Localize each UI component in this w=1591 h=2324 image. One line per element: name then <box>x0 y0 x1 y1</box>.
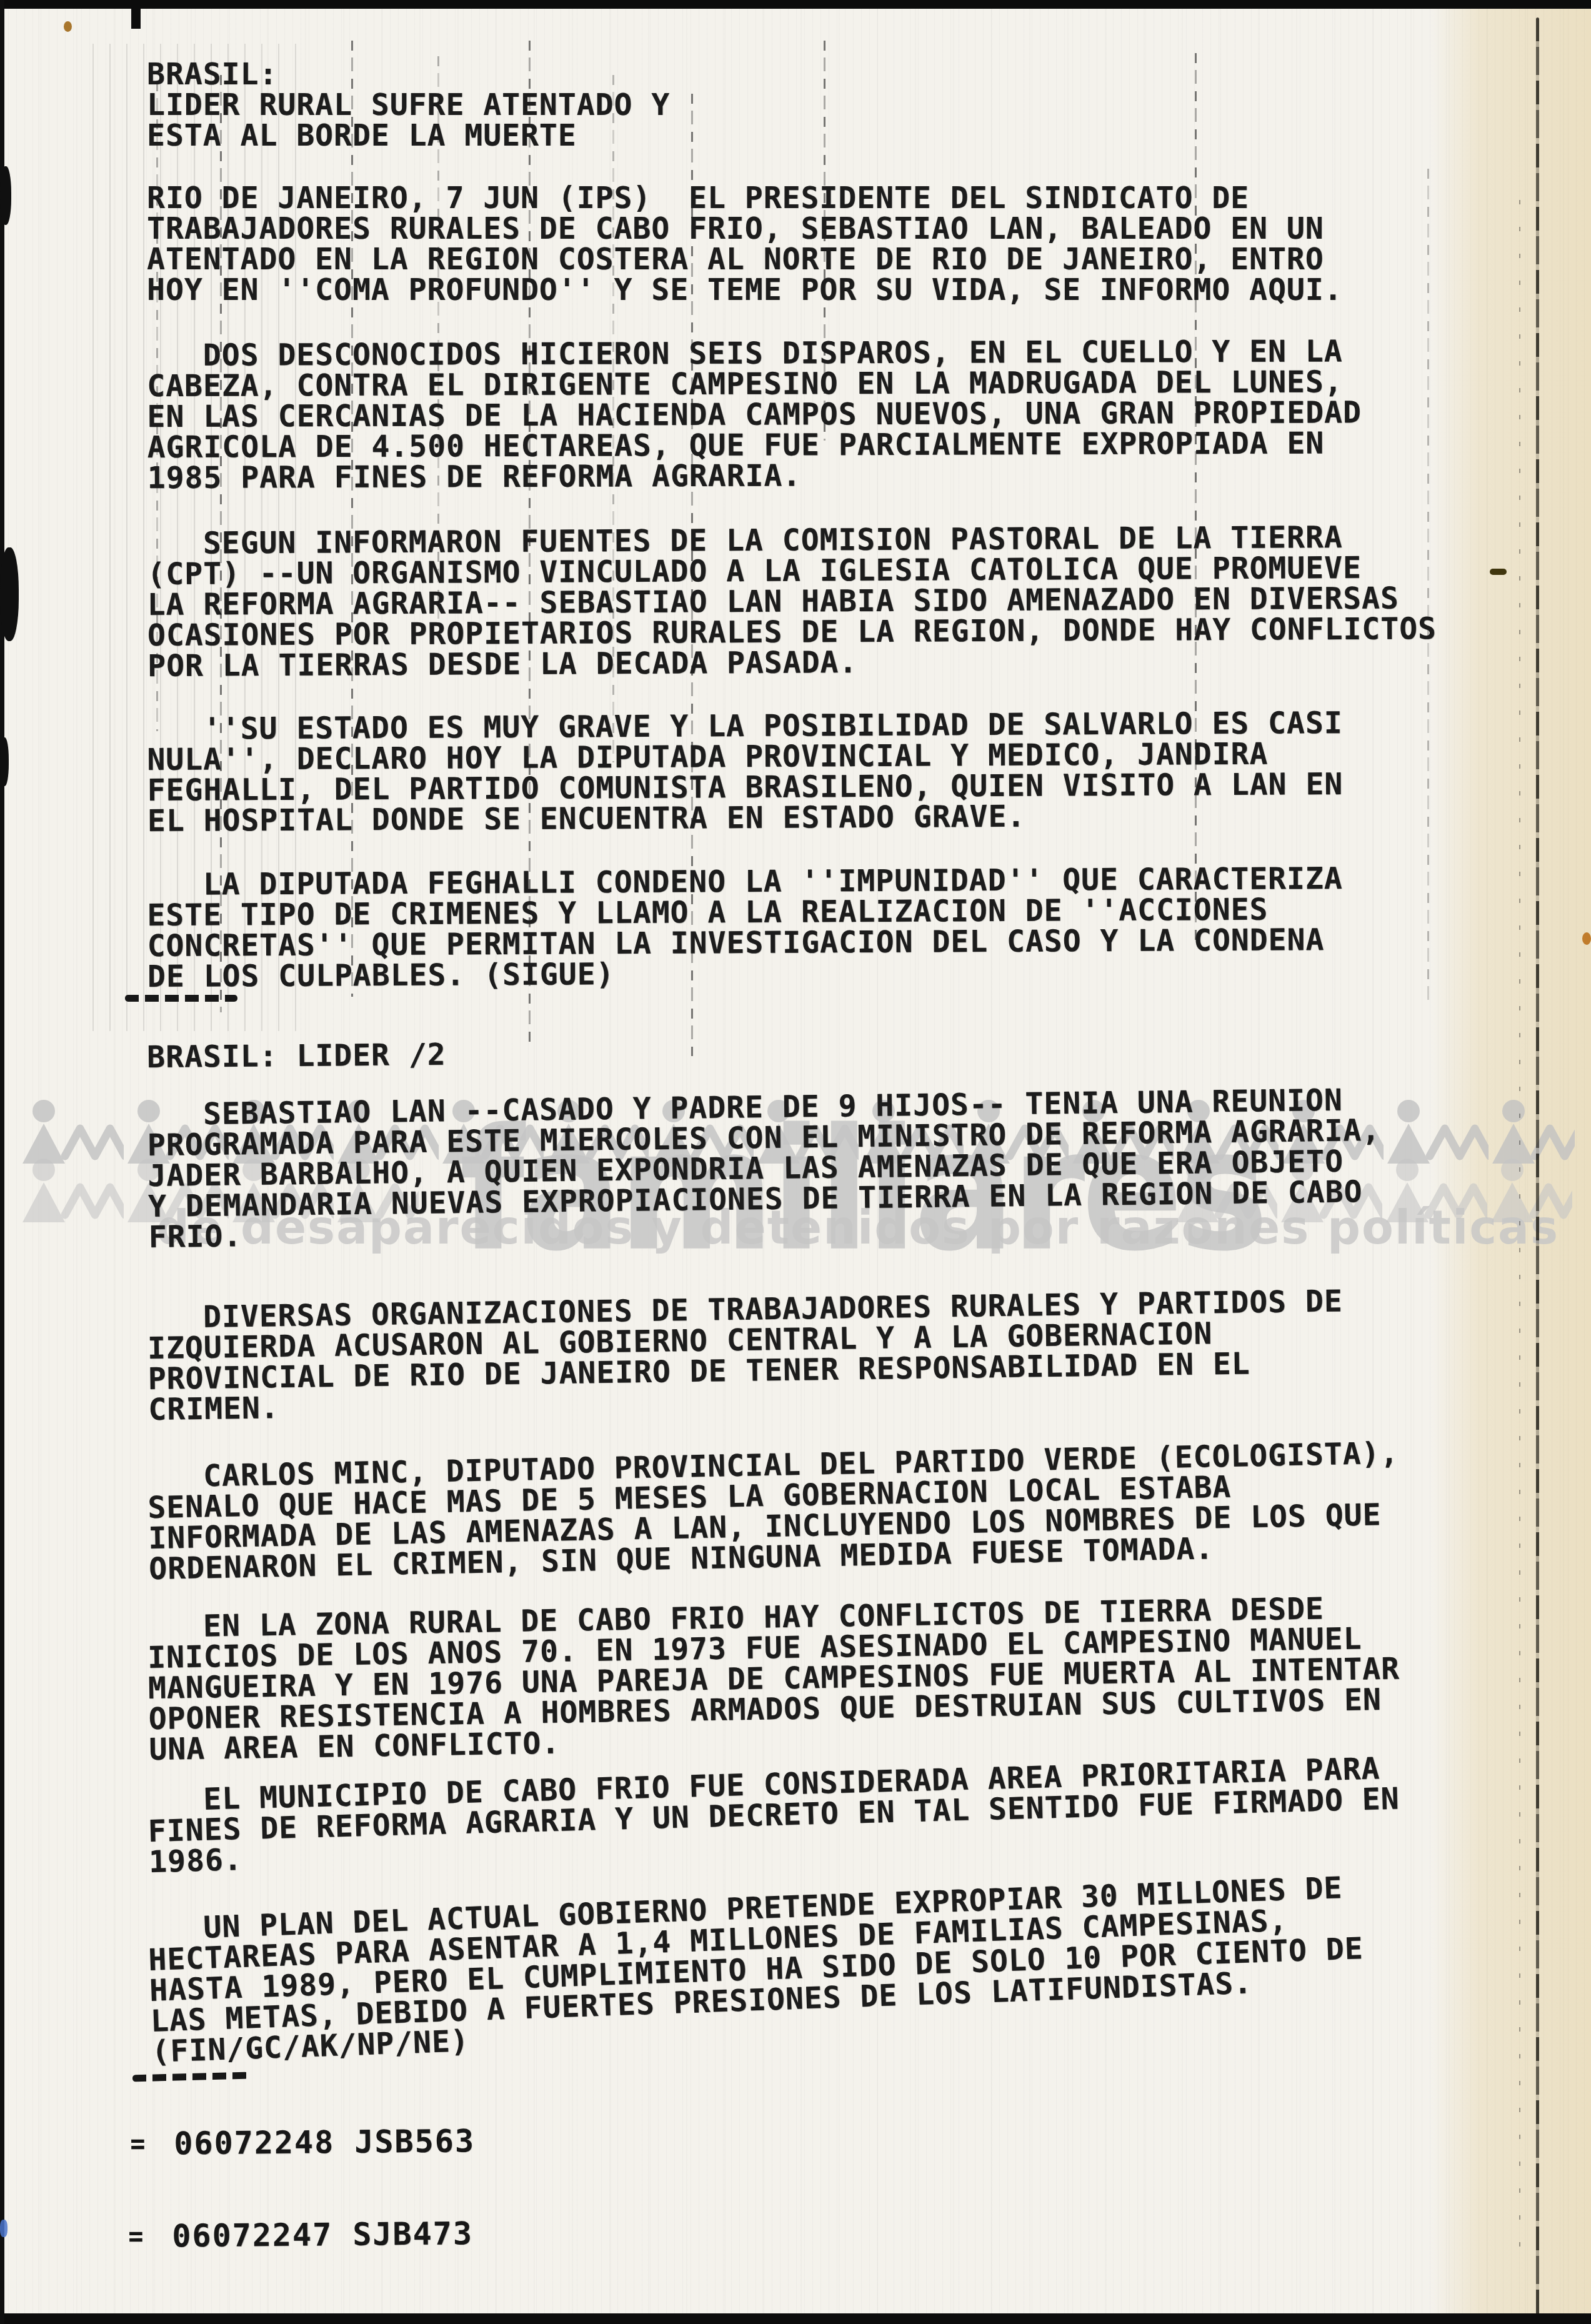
scan-edge-left <box>0 0 4 2324</box>
wire-id-code: 06072247 SJB473 <box>172 2215 473 2254</box>
scan-scratch-line <box>1536 17 1539 2315</box>
page-2-header: BRASIL: LIDER /2 <box>147 1040 446 1073</box>
paragraph: SEBASTIAO LAN --CASADO Y PADRE DE 9 HIJO… <box>147 1085 1382 1253</box>
paragraph: LA DIPUTADA FEGHALLI CONDENO LA ''IMPUNI… <box>147 864 1344 992</box>
blue-speck <box>0 2220 7 2237</box>
scan-edge-bottom <box>0 2313 1591 2324</box>
paper-speck <box>64 21 72 32</box>
wire-id-marker: = <box>130 2127 146 2160</box>
scan-blot <box>0 166 11 225</box>
paragraph: CARLOS MINC, DIPUTADO PROVINCIAL DEL PAR… <box>147 1439 1401 1585</box>
paragraph: EL MUNICIPIO DE CABO FRIO FUE CONSIDERAD… <box>147 1753 1400 1878</box>
wire-id-code: 06072248 JSB563 <box>174 2123 475 2162</box>
paper-speck <box>1582 932 1591 945</box>
scanned-wire-document: familiares de desaparecidos y detenidos … <box>0 0 1591 2324</box>
paragraph-signoff: UN PLAN DEL ACTUAL GOBIERNO PRETENDE EXP… <box>147 1872 1366 2068</box>
wire-id-row: = 06072247 SJB473 <box>128 2215 473 2255</box>
typed-dash-separator <box>125 995 237 1002</box>
scan-edge-top <box>0 0 1591 9</box>
scan-blot <box>0 547 19 641</box>
paragraph: ''SU ESTADO ES MUY GRAVE Y LA POSIBILIDA… <box>147 708 1344 837</box>
scan-edge-tick <box>131 0 141 29</box>
paper-speck <box>1490 569 1507 575</box>
typed-dash-separator <box>132 2072 248 2082</box>
slug-header: BRASIL: LIDER RURAL SUFRE ATENTADO Y EST… <box>147 59 670 151</box>
wire-id-row: = 06072248 JSB563 <box>130 2123 475 2162</box>
scan-blot <box>0 737 9 786</box>
paragraph-dateline: RIO DE JANEIRO, 7 JUN (IPS) EL PRESIDENT… <box>147 183 1343 306</box>
paragraph: SEGUN INFORMARON FUENTES DE LA COMISION … <box>147 522 1437 682</box>
paragraph: EN LA ZONA RURAL DE CABO FRIO HAY CONFLI… <box>147 1593 1401 1765</box>
paragraph: DOS DESCONOCIDOS HICIERON SEIS DISPAROS,… <box>147 336 1362 494</box>
wire-id-marker: = <box>128 2220 144 2253</box>
scan-scratch-dots <box>1519 200 1520 2250</box>
paragraph: DIVERSAS ORGANIZACIONES DE TRABAJADORES … <box>147 1286 1344 1425</box>
